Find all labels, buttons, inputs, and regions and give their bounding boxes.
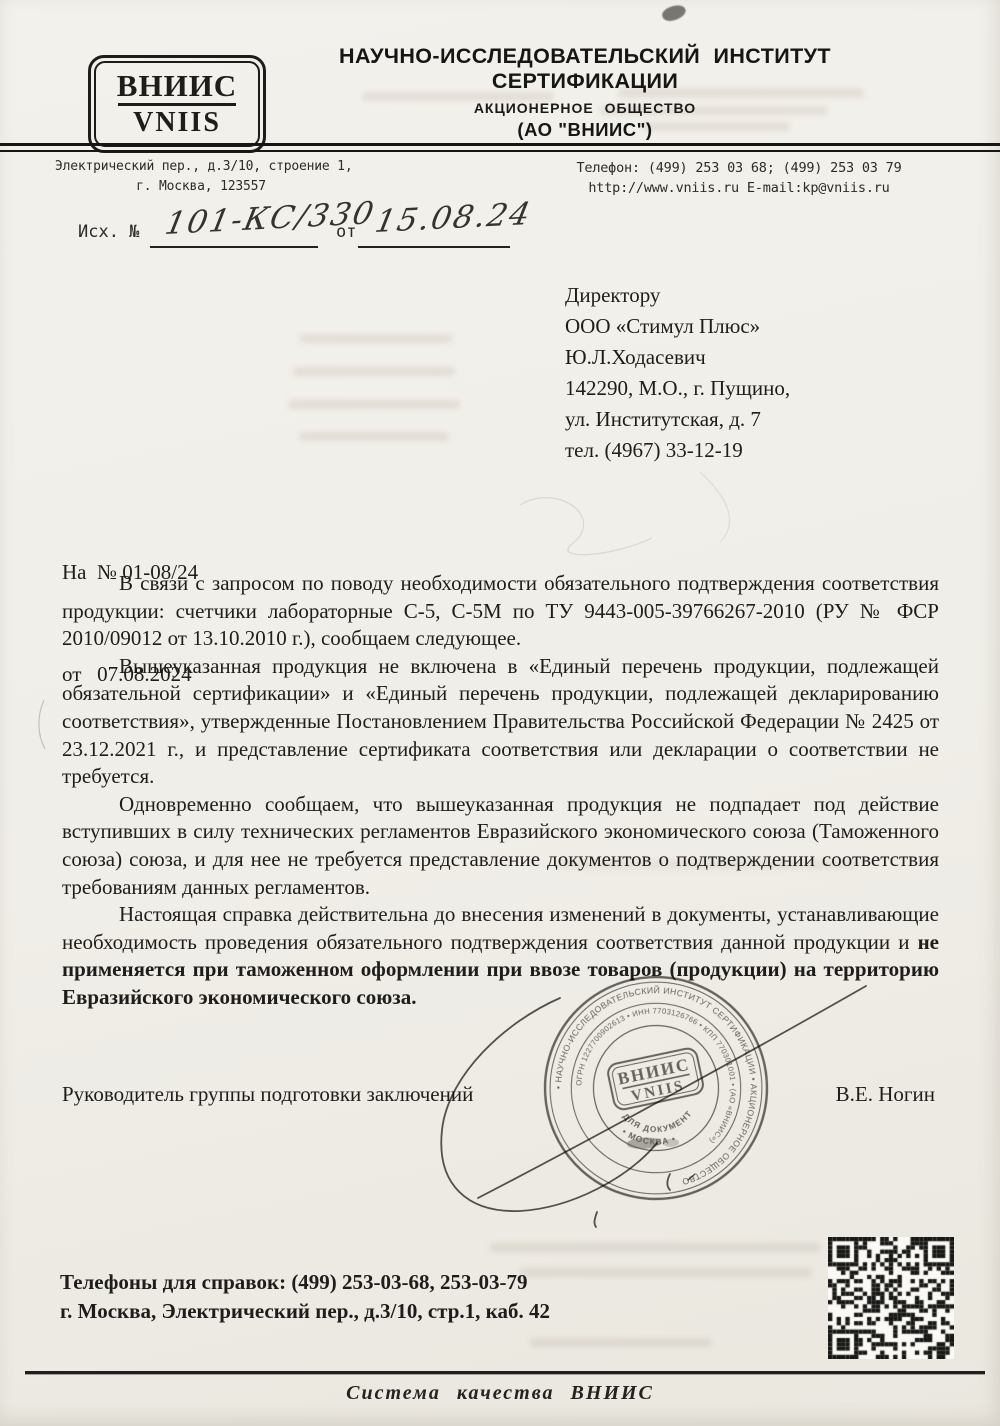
- org-contacts: Телефон: (499) 253 03 68; (499) 253 03 7…: [572, 158, 906, 198]
- ref-number-underline: [150, 246, 318, 248]
- signature-row: Руководитель группы подготовки заключени…: [62, 1082, 935, 1107]
- org-address: Электрический пер., д.3/10, строение 1, …: [55, 157, 347, 197]
- footer-address: г. Москва, Электрический пер., д.3/10, с…: [60, 1297, 550, 1326]
- vniis-logo-frame: ВНИИС VNIIS: [94, 61, 260, 147]
- letterhead: НАУЧНО-ИССЛЕДОВАТЕЛЬСКИЙ ИНСТИТУТ СЕРТИФ…: [255, 44, 915, 141]
- recipient-line: ул. Институтская, д. 7: [565, 404, 790, 435]
- round-stamp: • НАУЧНО-ИССЛЕДОВАТЕЛЬСКИЙ ИНСТИТУТ СЕРТ…: [534, 966, 778, 1210]
- recipient-block: Директору ООО «Стимул Плюс» Ю.Л.Ходасеви…: [565, 280, 790, 466]
- footer-contacts: Телефоны для справок: (499) 253-03-68, 2…: [60, 1268, 550, 1326]
- recipient-line: 142290, М.О., г. Пущино,: [565, 373, 790, 404]
- org-subtitle: АКЦИОНЕРНОЕ ОБЩЕСТВО: [255, 100, 915, 116]
- stamp-center-box: ВНИИС VNIIS: [606, 1047, 704, 1111]
- paragraph-2: Вышеуказанная продукция не включена в «Е…: [62, 653, 939, 791]
- signature-tick: [594, 1212, 597, 1227]
- signer-name: В.Е. Ногин: [836, 1082, 935, 1107]
- quality-system-label: Система качества ВНИИС: [0, 1382, 1000, 1405]
- recipient-line: Ю.Л.Ходасевич: [565, 342, 790, 373]
- qr-code: [828, 1237, 954, 1359]
- logo-text-en: VNIIS: [133, 109, 221, 137]
- org-address-line1: Электрический пер., д.3/10, строение 1,: [55, 157, 347, 177]
- scan-bleed-artifact: [293, 367, 455, 376]
- org-phone-line: Телефон: (499) 253 03 68; (499) 253 03 7…: [572, 158, 906, 178]
- scan-bleed-artifact: [520, 1268, 812, 1277]
- vniis-logo: ВНИИС VNIIS: [88, 55, 266, 153]
- paragraph-4: Настоящая справка действительна до внесе…: [62, 901, 939, 1011]
- paragraph-1: В связи с запросом по поводу необходимос…: [62, 570, 939, 653]
- scan-bleed-artifact: [490, 1243, 820, 1252]
- scan-bleed-artifact: [299, 432, 449, 441]
- scan-smudge: [660, 2, 687, 24]
- pencil-swirl: [700, 472, 730, 542]
- recipient-line: тел. (4967) 33-12-19: [565, 435, 790, 466]
- org-address-line2: г. Москва, 123557: [55, 177, 347, 197]
- footer-divider: [25, 1371, 985, 1374]
- scan-bleed-artifact: [288, 400, 460, 409]
- org-title: НАУЧНО-ИССЛЕДОВАТЕЛЬСКИЙ ИНСТИТУТ СЕРТИФ…: [255, 44, 915, 94]
- header-divider: [0, 143, 1000, 152]
- letter-body: В связи с запросом по поводу необходимос…: [62, 570, 939, 1012]
- recipient-line: ООО «Стимул Плюс»: [565, 311, 790, 342]
- outgoing-ref-label: Исх. №: [78, 222, 139, 242]
- signer-role: Руководитель группы подготовки заключени…: [62, 1082, 473, 1107]
- footer-phones: Телефоны для справок: (499) 253-03-68, 2…: [60, 1268, 550, 1297]
- logo-text-ru: ВНИИС: [117, 71, 237, 101]
- pencil-swirl: [520, 498, 652, 555]
- outgoing-ref-date-handwritten: 15.08.24: [372, 196, 535, 240]
- stamp-graphic: • НАУЧНО-ИССЛЕДОВАТЕЛЬСКИЙ ИНСТИТУТ СЕРТ…: [534, 966, 778, 1210]
- paragraph-3: Одновременно сообщаем, что вышеуказанная…: [62, 791, 939, 901]
- scan-bleed-artifact: [530, 1338, 712, 1347]
- ref-ot-label: от: [336, 222, 356, 242]
- scan-bleed-artifact: [300, 334, 452, 343]
- paragraph-4-normal: Настоящая справка действительна до внесе…: [62, 902, 939, 954]
- org-shortname: (АО "ВНИИС"): [255, 119, 915, 141]
- margin-pencil-mark: [39, 700, 45, 749]
- ref-date-underline: [358, 246, 510, 248]
- logo-divider: [118, 103, 236, 106]
- org-web-line: http://www.vniis.ru E-mail:kp@vniis.ru: [572, 178, 906, 198]
- scanned-letter: ВНИИС VNIIS НАУЧНО-ИССЛЕДОВАТЕЛЬСКИЙ ИНС…: [0, 0, 1000, 1426]
- recipient-line: Директору: [565, 280, 790, 311]
